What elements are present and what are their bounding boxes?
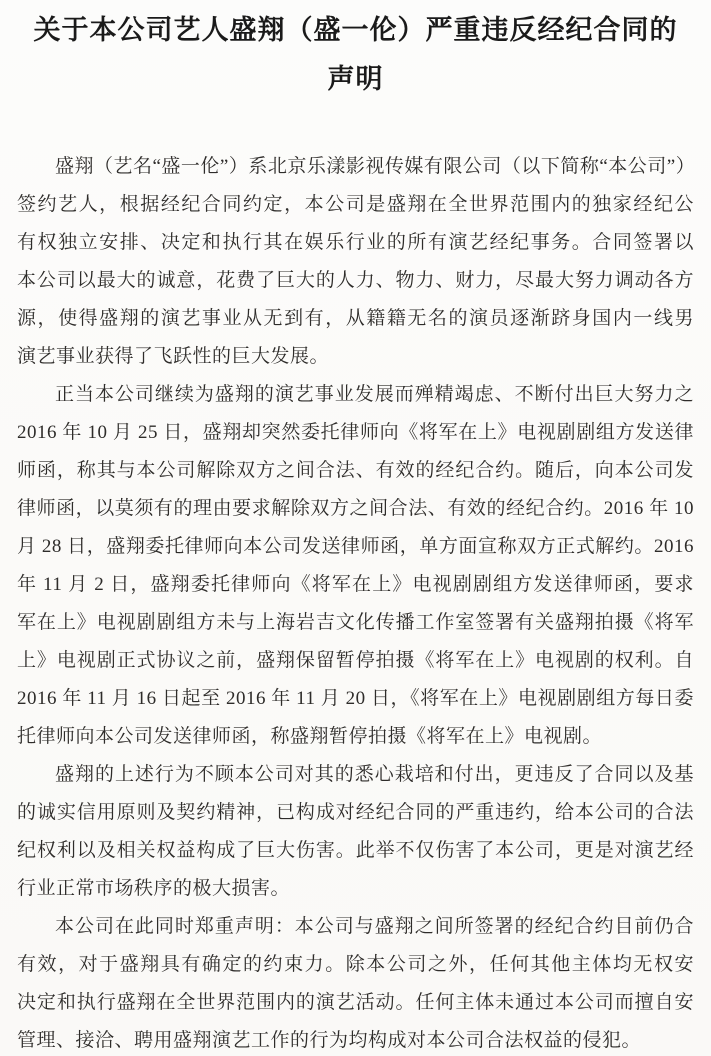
text-line: 正当本公司继续为盛翔的演艺事业发展而殚精竭虑、不断付出巨大努力之时，	[17, 376, 694, 414]
text-line: 管理、接洽、聘用盛翔演艺工作的行为均构成对本公司合法权益的侵犯。	[17, 1022, 694, 1056]
text-line: 托律师向本公司发送律师函，称盛翔暂停拍摄《将军在上》电视剧。	[17, 718, 694, 756]
text-line: 师函，称其与本公司解除双方之间合法、有效的经纪合约。随后，向本公司发送	[17, 452, 694, 490]
text-line: 月 28 日，盛翔委托律师向本公司发送律师函，单方面宣称双方正式解约。2016	[17, 528, 694, 566]
text-line: 军在上》电视剧剧组方未与上海岩吉文化传播工作室签署有关盛翔拍摄《将军在	[17, 604, 694, 642]
text-line: 签约艺人，根据经纪合同约定，本公司是盛翔在全世界范围内的独家经纪公司，	[17, 186, 694, 224]
text-line: 2016 年 10 月 25 日，盛翔却突然委托律师向《将军在上》电视剧剧组方发…	[17, 414, 694, 452]
text-line: 源，使得盛翔的演艺事业从无到有，从籍籍无名的演员逐渐跻身国内一线男星，	[17, 300, 694, 338]
text-line: 上》电视剧正式协议之前，盛翔保留暂停拍摄《将军在上》电视剧的权利。自	[17, 642, 694, 680]
text-line: 决定和执行盛翔在全世界范围内的演艺活动。任何主体未通过本公司而擅自安排、	[17, 984, 694, 1022]
paragraph: 本公司在此同时郑重声明：本公司与盛翔之间所签署的经纪合约目前仍合法、有效，对于盛…	[17, 908, 694, 1056]
document-page: 关于本公司艺人盛翔（盛一伦）严重违反经纪合同的 声明 盛翔（艺名“盛一伦”）系北…	[0, 0, 711, 1056]
text-line: 年 11 月 2 日，盛翔委托律师向《将军在上》电视剧剧组方发送律师函，要求《将	[17, 566, 694, 604]
paragraph: 正当本公司继续为盛翔的演艺事业发展而殚精竭虑、不断付出巨大努力之时，2016 年…	[17, 376, 694, 756]
text-line: 演艺事业获得了飞跃性的巨大发展。	[17, 338, 694, 376]
text-line: 纪权利以及相关权益构成了巨大伤害。此举不仅伤害了本公司，更是对演艺经纪	[17, 832, 694, 870]
document-title-line-2: 声明	[17, 63, 694, 96]
text-line: 盛翔（艺名“盛一伦”）系北京乐漾影视传媒有限公司（以下简称“本公司”）	[17, 148, 694, 186]
text-line: 盛翔的上述行为不顾本公司对其的悉心栽培和付出，更违反了合同以及基本	[17, 756, 694, 794]
text-line: 2016 年 11 月 16 日起至 2016 年 11 月 20 日，《将军在…	[17, 680, 694, 718]
statement-body: 盛翔（艺名“盛一伦”）系北京乐漾影视传媒有限公司（以下简称“本公司”）签约艺人，…	[17, 148, 694, 1056]
paragraph: 盛翔的上述行为不顾本公司对其的悉心栽培和付出，更违反了合同以及基本的诚实信用原则…	[17, 756, 694, 908]
text-line: 本公司在此同时郑重声明：本公司与盛翔之间所签署的经纪合约目前仍合法、	[17, 908, 694, 946]
text-line: 本公司以最大的诚意，花费了巨大的人力、物力、财力，尽最大努力调动各方资	[17, 262, 694, 300]
document-title-line-1: 关于本公司艺人盛翔（盛一伦）严重违反经纪合同的	[17, 14, 694, 47]
paragraph: 盛翔（艺名“盛一伦”）系北京乐漾影视传媒有限公司（以下简称“本公司”）签约艺人，…	[17, 148, 694, 376]
text-line: 的诚实信用原则及契约精神，已构成对经纪合同的严重违约，给本公司的合法经	[17, 794, 694, 832]
text-line: 有效，对于盛翔具有确定的约束力。除本公司之外，任何其他主体均无权安排、	[17, 946, 694, 984]
text-line: 律师函，以莫须有的理由要求解除双方之间合法、有效的经纪合约。2016 年 10	[17, 490, 694, 528]
text-line: 行业正常市场秩序的极大损害。	[17, 870, 694, 908]
text-line: 有权独立安排、决定和执行其在娱乐行业的所有演艺经纪事务。合同签署以来，	[17, 224, 694, 262]
